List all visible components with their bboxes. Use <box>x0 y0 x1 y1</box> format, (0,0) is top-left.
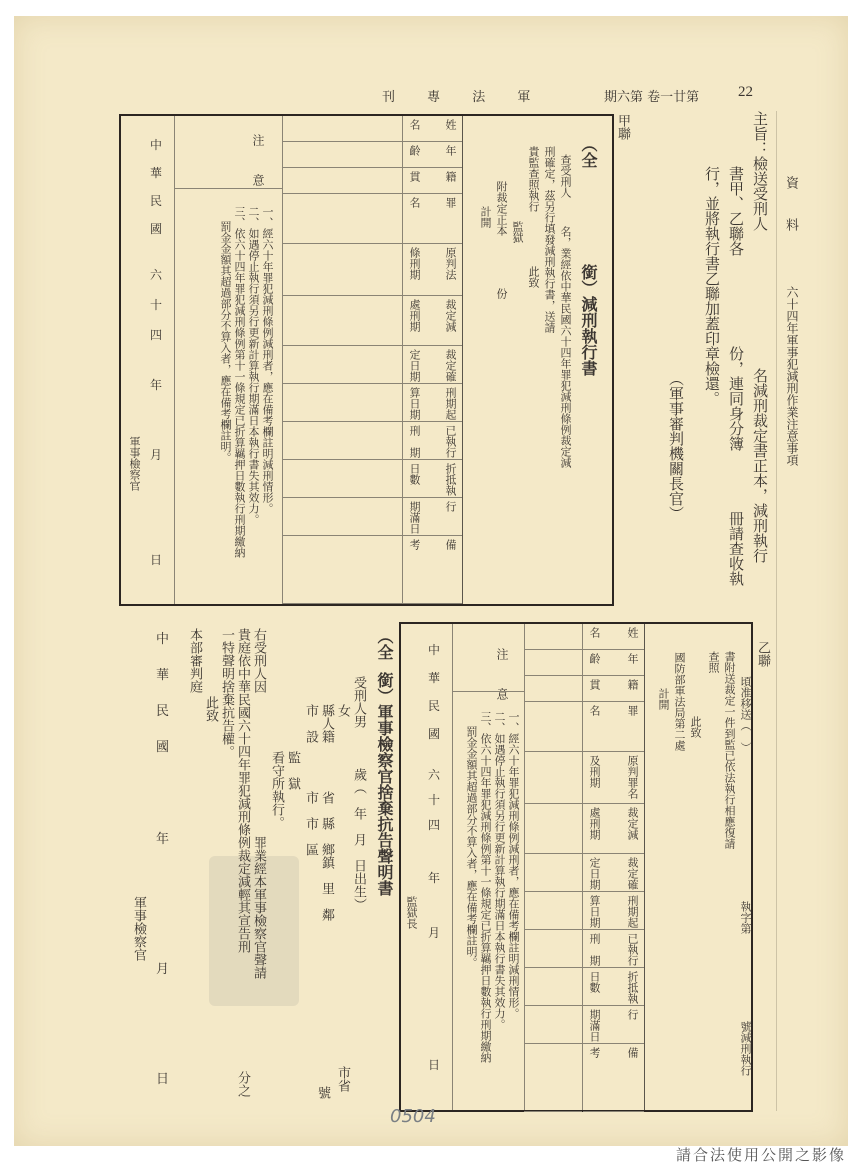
field-label-cell: 年齡 <box>583 650 644 676</box>
field-label-cell: 原判罪名及刑期 <box>583 752 644 804</box>
field-label-top: 備 <box>445 539 456 550</box>
fill-row-line <box>524 803 582 804</box>
field-label-cell: 罪名 <box>583 702 644 752</box>
section-title: 六十四年軍事犯減刑作業注意事項 <box>786 286 798 466</box>
field-label-bottom: 名 <box>589 705 600 716</box>
field-label-top: 姓 <box>627 627 638 638</box>
form-b-field-divider <box>644 624 645 1110</box>
fill-row-line <box>524 853 582 854</box>
field-label-top: 原判法 <box>445 247 456 280</box>
field-label-top: 折抵執 <box>445 463 456 496</box>
field-label-bottom: 日數 <box>409 463 420 485</box>
field-label-bottom: 算日期 <box>589 895 600 928</box>
form-a-prison: 監獄 <box>512 221 523 243</box>
form-a-note-3: 三、依六十四年罪犯減刑條例第十一條規定已折算羈押日數執行刑期繳納 <box>234 206 245 558</box>
form-b-closing: 此致 <box>690 716 701 738</box>
waiver-recipient: 本部審判庭 <box>188 628 201 693</box>
field-label-bottom: 處刑期 <box>409 299 420 332</box>
field-label-bottom: 定日期 <box>409 349 420 382</box>
form-a-field-labels: 姓名年齡籍貫罪名原判法條刑期裁定減處刑期裁定確定日期刑期起算日期已執行刑 期折抵… <box>403 116 462 604</box>
field-label-bottom: 刑 期 <box>589 933 600 966</box>
waiver-line3-a: 監 獄 <box>286 751 299 790</box>
form-a-title-prefix: （全 <box>580 136 596 168</box>
waiver-line1-a: 受刑人男 <box>352 676 365 728</box>
waiver-title: 銜）軍事檢察官捨棄抗告聲明書 <box>376 672 392 896</box>
field-label-cell: 姓名 <box>583 624 644 650</box>
form-a-body-2: 刑確定，茲另行填發減刑執行書，送請 <box>544 146 555 333</box>
form-a-note-1: 一、經六十年罪犯減刑條例減刑者，應在備考欄註明減刑情形。 <box>262 206 273 514</box>
fill-row-line <box>282 345 402 346</box>
field-label-cell: 原判法條刑期 <box>403 244 462 296</box>
form-a-copy-label: 甲聯 <box>616 114 629 140</box>
form-a-signer: 軍事檢察官 <box>129 436 140 491</box>
waiver-age: 歲（ 年 月 日出生） <box>352 768 365 911</box>
field-label-cell: 裁定減處刑期 <box>583 804 644 854</box>
form-a-attachment: 附裁定正本 <box>496 181 507 236</box>
form-a-notes-border <box>282 116 283 604</box>
field-label-top: 折抵執 <box>627 971 638 1004</box>
field-label-top: 刑期起 <box>445 387 456 420</box>
field-label-bottom: 期滿日 <box>589 1009 600 1042</box>
form-b-recipient: 國防部軍法局第二處 <box>674 652 685 751</box>
page-number: 22 <box>738 84 753 101</box>
field-label-cell: 裁定減處刑期 <box>403 296 462 346</box>
fill-row-line <box>282 421 402 422</box>
field-label-bottom: 算日期 <box>409 387 420 420</box>
field-label-top: 原判罪名 <box>627 755 638 799</box>
form-b-note-1: 一、經六十年罪犯減刑條例減刑者，應在備考欄註明減刑情形。 <box>508 711 519 1019</box>
fill-row-line <box>282 459 402 460</box>
fill-row-line <box>524 751 582 752</box>
form-a-body-1b: 名，業經依中華民國六十四年罪犯減刑條例裁定減 <box>560 226 571 468</box>
waiver-body-1-tail: 罪業經本軍事檢察官聲請 <box>252 836 265 979</box>
field-label-cell: 備考 <box>403 536 462 604</box>
field-label-bottom: 名 <box>409 197 420 208</box>
field-label-cell: 裁定確定日期 <box>403 346 462 384</box>
field-label-bottom: 刑 期 <box>409 425 420 458</box>
form-b-note-4: 罰金金額其超過部分不算入者，應在備考欄註明。 <box>466 726 477 968</box>
field-label-top: 裁定確 <box>627 857 638 890</box>
fill-row-line <box>282 167 402 168</box>
fill-row-line <box>524 1111 582 1112</box>
field-label-top: 裁定減 <box>445 299 456 332</box>
fill-row-line <box>524 675 582 676</box>
form-b-signer: 監獄長 <box>406 896 417 929</box>
field-label-cell: 籍貫 <box>403 168 462 194</box>
subject-line-2: 書甲、乙聯各 <box>728 166 743 256</box>
form-b-note-2: 二、如遇停止執行須另行更新計算執行期滿日本執行書失其效力。 <box>494 711 505 1030</box>
form-b-notes-border <box>524 624 525 1110</box>
form-a-notes-label: 注 意 <box>252 134 264 194</box>
field-label-bottom: 齡 <box>589 653 600 664</box>
fill-row-line <box>524 967 582 968</box>
waiver-line2-e: 市省 <box>336 1066 349 1092</box>
form-b-case-no-tail: 號減刑執行 <box>740 1021 751 1076</box>
document-page: 刊 專 法 軍 期六第 卷一廿第 22 資 料 六十四年軍事犯減刑作業注意事項 … <box>14 16 848 1146</box>
field-label-top: 籍 <box>627 679 638 690</box>
field-label-cell: 已執行刑 期 <box>403 422 462 460</box>
waiver-signer: 軍事檢察官 <box>132 896 145 961</box>
form-b-copy-label: 乙聯 <box>756 641 769 667</box>
field-label-top: 行 <box>627 1009 638 1020</box>
fill-row-line <box>282 383 402 384</box>
form-a-attachment-unit: 份 <box>496 288 507 299</box>
form-a-body-3: 貴監查照執行 <box>528 146 539 212</box>
waiver-line2-f: 號 <box>316 1086 329 1099</box>
field-label-bottom: 考 <box>589 1047 600 1058</box>
subject-line-3: 行，並將執行書乙聯加蓋印章檢還。 <box>704 166 719 406</box>
waiver-date: 中 華 民 國 年 月 日 <box>156 628 172 1088</box>
field-label-cell: 裁定確定日期 <box>583 854 644 892</box>
subject-line-1-tail: 名減刑裁定書正本，減刑執行 <box>752 368 767 563</box>
field-label-cell: 已執行刑 期 <box>583 930 644 968</box>
subject-line-2-end: 冊請查收執 <box>728 511 743 586</box>
field-label-bottom: 及刑期 <box>589 755 600 788</box>
waiver-line2-c: 省 縣 鄉鎮 里 鄰 <box>320 791 333 921</box>
form-b-case-no: 執字第 <box>740 901 751 934</box>
field-label-top: 罪 <box>627 705 638 716</box>
fill-row-line <box>282 243 402 244</box>
field-label-top: 行 <box>445 501 456 512</box>
fill-row-line <box>282 603 402 604</box>
field-label-bottom: 處刑期 <box>589 807 600 840</box>
waiver-line2-b: 市 設 <box>304 704 317 743</box>
field-label-cell: 行期滿日 <box>583 1006 644 1044</box>
subject-line-1: 主旨：檢送受刑人 <box>752 111 767 231</box>
form-a-field-divider <box>462 116 463 604</box>
form-b-reply-2: 書附送裁定一件到監已依法執行相應復請 <box>724 651 735 849</box>
fill-row-line <box>282 497 402 498</box>
field-label-cell: 備考 <box>583 1044 644 1112</box>
form-a-date: 中 華 民 國 六 十 四 年 月 日 <box>150 136 166 576</box>
form-b-field-labels: 姓名年齡籍貫罪名原判罪名及刑期裁定減處刑期裁定確定日期刑期起算日期已執行刑 期折… <box>583 624 644 1110</box>
field-label-bottom: 日數 <box>589 971 600 993</box>
field-label-cell: 刑期起算日期 <box>583 892 644 930</box>
journal-title: 刊 專 法 軍 <box>382 86 544 105</box>
signature: （軍事審判機關長官） <box>668 371 683 521</box>
form-a-enclosure: 計開 <box>480 206 491 228</box>
fill-row-line <box>282 193 402 194</box>
form-a-body-1a: 查受刑人 <box>560 154 571 198</box>
issue-label: 期六第 卷一廿第 <box>604 86 699 105</box>
waiver-closing: 此致 <box>204 696 217 722</box>
field-label-top: 年 <box>627 653 638 664</box>
form-a-date-border <box>174 116 175 604</box>
field-label-cell: 年齡 <box>403 142 462 168</box>
field-label-bottom: 條刑期 <box>409 247 420 280</box>
form-b-date: 中 華 民 國 六 十 四 年 月 日 <box>428 641 444 1091</box>
waiver-title-prefix: （全 <box>376 628 392 660</box>
waiver-line2-a: 縣人籍 <box>320 704 333 743</box>
fill-row-line <box>524 1043 582 1044</box>
field-label-top: 籍 <box>445 171 456 182</box>
subject-line-2-tail: 份，連同身分簿 <box>728 346 743 451</box>
waiver-body-2-tail: 分之 <box>236 1071 249 1097</box>
field-label-cell: 刑期起算日期 <box>403 384 462 422</box>
form-b-reply-1: 頃准移送（ ） <box>740 676 751 753</box>
fill-row-line <box>282 535 402 536</box>
form-a-note-4: 罰金金額其超過部分不算入者，應在備考欄註明。 <box>220 221 231 463</box>
field-label-top: 裁定減 <box>627 807 638 840</box>
handwritten-number: 0504 <box>390 1106 436 1127</box>
field-label-bottom: 名 <box>589 627 600 638</box>
fill-row-line <box>524 649 582 650</box>
field-label-top: 刑期起 <box>627 895 638 928</box>
field-label-bottom: 期滿日 <box>409 501 420 534</box>
form-b-reply-3: 查照 <box>708 651 719 673</box>
watermark: 請合法使用公開之影像 <box>676 1144 846 1165</box>
field-label-top: 備 <box>627 1047 638 1058</box>
margin-rule <box>776 111 777 1111</box>
form-b-note-3: 三、依六十四年罪犯減刑條例第十一條規定已折算羈押日數執行刑期繳納 <box>480 711 491 1063</box>
field-label-top: 罪 <box>445 197 456 208</box>
field-label-bottom: 名 <box>409 119 420 130</box>
form-b-date-border <box>452 624 453 1110</box>
field-label-top: 姓 <box>445 119 456 130</box>
field-label-bottom: 定日期 <box>589 857 600 890</box>
fill-row-line <box>524 701 582 702</box>
field-label-cell: 籍貫 <box>583 676 644 702</box>
section-label: 資 料 <box>784 176 797 239</box>
waiver-body-2: 貴庭依中華民國六十四年罪犯減刑條例裁定減輕其宣告刑 <box>236 628 249 953</box>
field-label-top: 年 <box>445 145 456 156</box>
field-label-cell: 折抵執日數 <box>403 460 462 498</box>
waiver-line3-b: 看守所執行。 <box>270 751 283 829</box>
form-a-closing: 此致 <box>528 266 539 288</box>
fill-row-line <box>524 891 582 892</box>
waiver-body-1: 右受刑人因 <box>252 628 265 693</box>
waiver-line1-b: 女 <box>336 704 349 717</box>
field-label-top: 裁定確 <box>445 349 456 382</box>
fill-row-line <box>282 141 402 142</box>
form-a-title: 銜）減刑執行書 <box>580 264 596 376</box>
field-label-cell: 姓名 <box>403 116 462 142</box>
field-label-top: 已執行 <box>627 933 638 966</box>
fill-row-line <box>524 1005 582 1006</box>
fill-row-line <box>524 929 582 930</box>
field-label-bottom: 考 <box>409 539 420 550</box>
field-label-cell: 折抵執日數 <box>583 968 644 1006</box>
field-label-bottom: 貫 <box>409 171 420 182</box>
waiver-body-3: 一特聲明捨棄抗告權。 <box>220 628 233 758</box>
form-b-enclosure: 計開 <box>658 688 669 710</box>
field-label-bottom: 齡 <box>409 145 420 156</box>
field-label-bottom: 貫 <box>589 679 600 690</box>
form-b-notes-label: 注 意 <box>496 648 508 708</box>
form-b-notes-rule <box>452 691 524 692</box>
field-label-cell: 罪名 <box>403 194 462 244</box>
fill-row-line <box>282 295 402 296</box>
field-label-cell: 行期滿日 <box>403 498 462 536</box>
form-a-notes-rule <box>174 188 282 189</box>
field-label-top: 已執行 <box>445 425 456 458</box>
form-a-note-2: 二、如遇停止執行須另行更新計算執行期滿日本執行書失其效力。 <box>248 206 259 525</box>
waiver-line2-d: 市 市 區 <box>304 791 317 856</box>
